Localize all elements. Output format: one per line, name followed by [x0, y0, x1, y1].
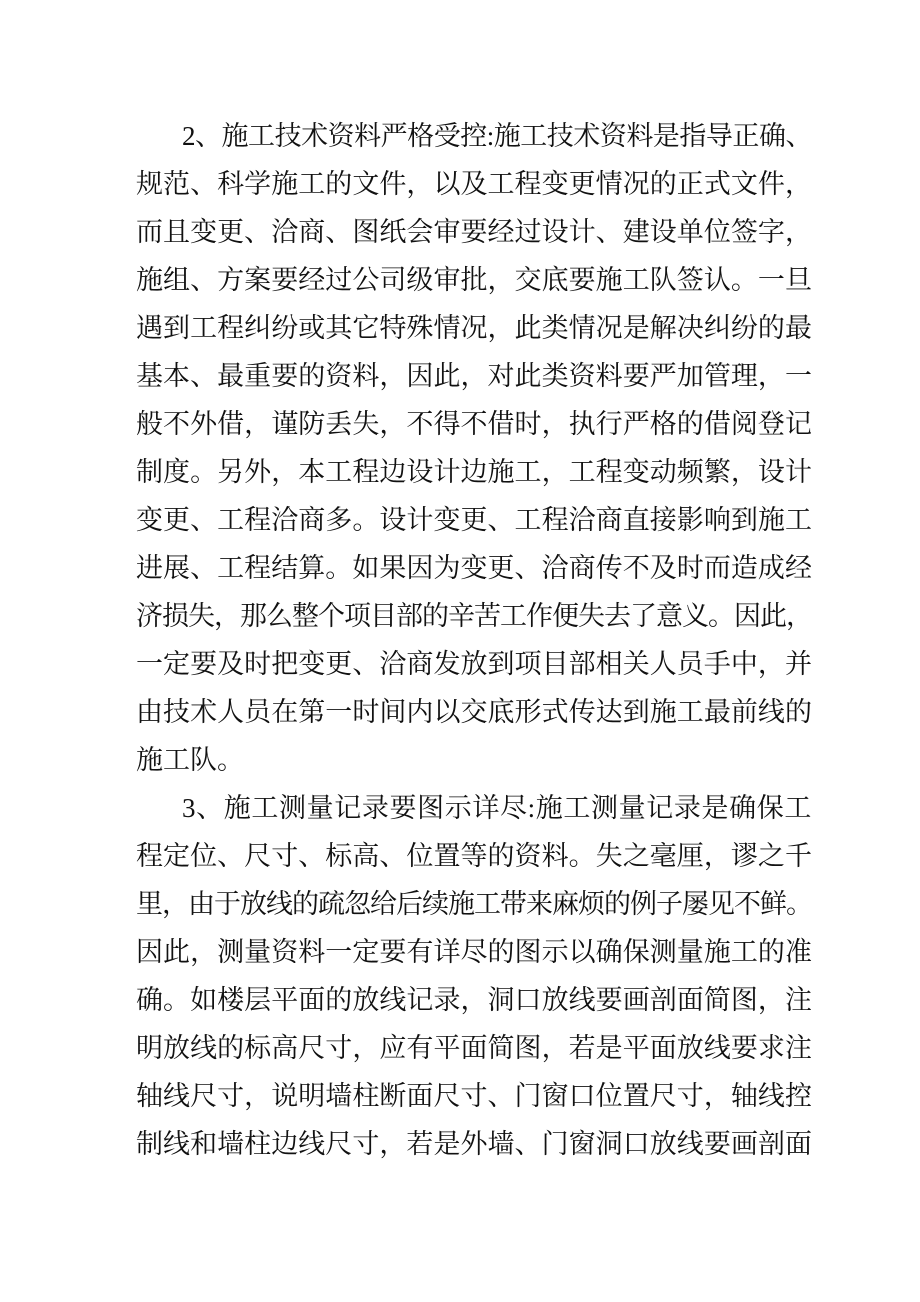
text-line: 规范、科学施工的文件，以及工程变更情况的正式文件， — [136, 160, 812, 208]
document-page: 2、施工技术资料严格受控:施工技术资料是指导正确、 规范、科学施工的文件，以及工… — [0, 0, 920, 1302]
paragraph-2: 2、施工技术资料严格受控:施工技术资料是指导正确、 规范、科学施工的文件，以及工… — [136, 112, 920, 784]
text-line: 明放线的标高尺寸，应有平面简图，若是平面放线要求注 — [136, 1024, 812, 1072]
text-line: 由技术人员在第一时间内以交底形式传达到施工最前线的 — [136, 688, 812, 736]
text-line: 因此，测量资料一定要有详尽的图示以确保测量施工的准 — [136, 928, 812, 976]
text-line: 基本、最重要的资料，因此，对此类资料要严加管理，一 — [136, 352, 812, 400]
text-line: 般不外借，谨防丢失，不得不借时，执行严格的借阅登记 — [136, 400, 812, 448]
text-line: 确。如楼层平面的放线记录，洞口放线要画剖面简图，注 — [136, 976, 812, 1024]
text-line: 变更、工程洽商多。设计变更、工程洽商直接影响到施工 — [136, 496, 812, 544]
text-line: 制线和墙柱边线尺寸，若是外墙、门窗洞口放线要画剖面 — [136, 1120, 812, 1168]
text-line: 一定要及时把变更、洽商发放到项目部相关人员手中，并 — [136, 640, 812, 688]
text-line: 济损失，那么整个项目部的辛苦工作便失去了意义。因此， — [136, 592, 812, 640]
text-line: 遇到工程纠纷或其它特殊情况，此类情况是解决纠纷的最 — [136, 304, 812, 352]
text-line: 程定位、尺寸、标高、位置等的资料。失之毫厘，谬之千 — [136, 832, 812, 880]
text-line: 3、施工测量记录要图示详尽:施工测量记录是确保工 — [136, 784, 812, 832]
text-line: 而且变更、洽商、图纸会审要经过设计、建设单位签字， — [136, 208, 812, 256]
text-line: 制度。另外，本工程边设计边施工，工程变动频繁，设计 — [136, 448, 812, 496]
text-line: 2、施工技术资料严格受控:施工技术资料是指导正确、 — [136, 112, 812, 160]
text-line: 施工队。 — [136, 736, 812, 784]
text-line: 轴线尺寸，说明墙柱断面尺寸、门窗口位置尺寸，轴线控 — [136, 1072, 812, 1120]
paragraph-3: 3、施工测量记录要图示详尽:施工测量记录是确保工 程定位、尺寸、标高、位置等的资… — [136, 784, 920, 1168]
text-line: 施组、方案要经过公司级审批，交底要施工队签认。一旦 — [136, 256, 812, 304]
text-line: 进展、工程结算。如果因为变更、洽商传不及时而造成经 — [136, 544, 812, 592]
text-line: 里，由于放线的疏忽给后续施工带来麻烦的例子屡见不鲜。 — [136, 880, 812, 928]
